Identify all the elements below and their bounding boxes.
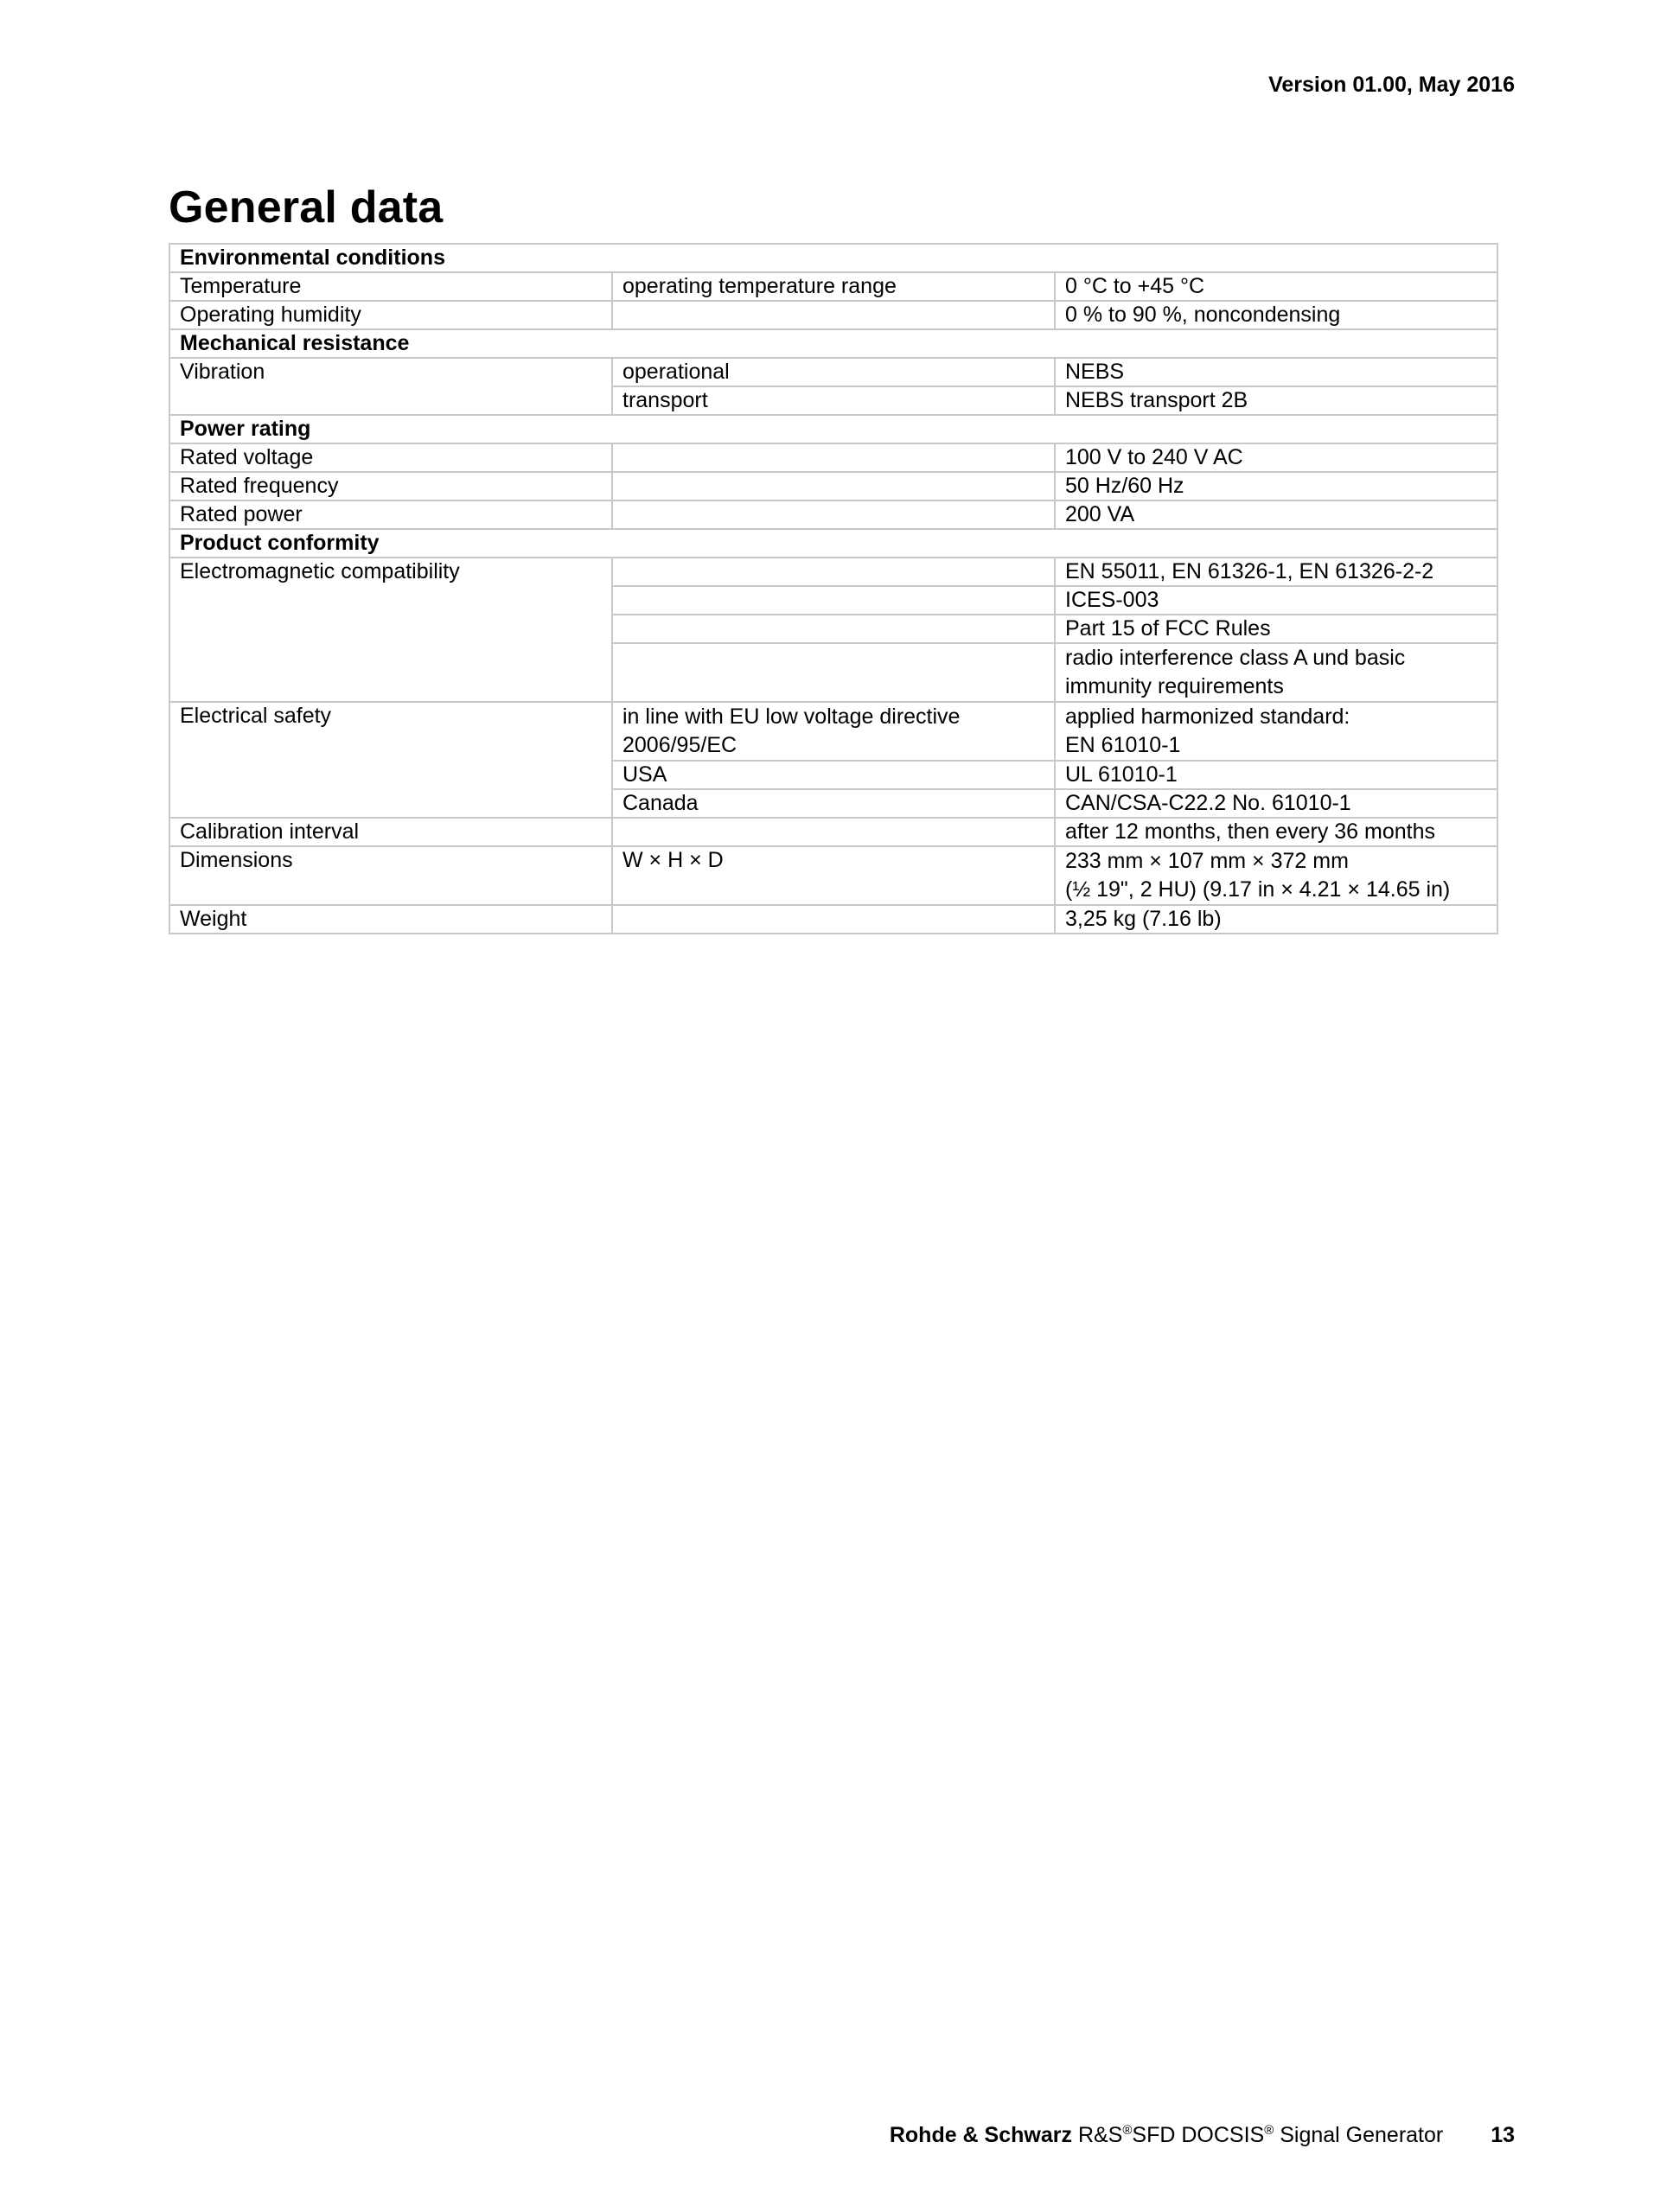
footer-brand: Rohde & Schwarz — [890, 2123, 1072, 2147]
table-row: Dimensions W × H × D 233 mm × 107 mm × 3… — [169, 846, 1497, 905]
spec-condition: transport — [612, 386, 1055, 415]
table-row: Operating humidity 0 % to 90 %, nonconde… — [169, 301, 1497, 329]
section-label: Power rating — [169, 415, 1497, 443]
product-prefix: R&S — [1078, 2123, 1122, 2147]
footer-product: R&S®SFD DOCSIS® Signal Generator — [1078, 2123, 1443, 2147]
spec-name: Dimensions — [169, 846, 612, 905]
spec-value: UL 61010-1 — [1055, 761, 1497, 789]
registered-mark-icon: ® — [1122, 2123, 1132, 2138]
table-row: Electrical safety in line with EU low vo… — [169, 702, 1497, 761]
spec-name: Operating humidity — [169, 301, 612, 329]
table-row: Electromagnetic compatibility EN 55011, … — [169, 558, 1497, 586]
spec-condition: operating temperature range — [612, 272, 1055, 301]
table-row: Weight 3,25 kg (7.16 lb) — [169, 905, 1497, 934]
spec-value-line: immunity requirements — [1065, 673, 1487, 701]
registered-mark-icon: ® — [1264, 2123, 1274, 2138]
section-row-power: Power rating — [169, 415, 1497, 443]
spec-value: applied harmonized standard: EN 61010-1 — [1055, 702, 1497, 761]
table-row: Temperature operating temperature range … — [169, 272, 1497, 301]
spec-name: Electrical safety — [169, 702, 612, 818]
spec-value: 50 Hz/60 Hz — [1055, 472, 1497, 500]
section-row-mechanical: Mechanical resistance — [169, 329, 1497, 358]
table-row: Rated power 200 VA — [169, 500, 1497, 529]
spec-condition — [612, 905, 1055, 934]
page-footer: Rohde & Schwarz R&S®SFD DOCSIS® Signal G… — [890, 2123, 1515, 2148]
spec-name: Calibration interval — [169, 818, 612, 846]
product-suffix: Signal Generator — [1274, 2123, 1443, 2147]
spec-value: 233 mm × 107 mm × 372 mm (½ 19", 2 HU) (… — [1055, 846, 1497, 905]
spec-condition — [612, 500, 1055, 529]
section-label: Environmental conditions — [169, 244, 1497, 272]
product-name: SFD DOCSIS — [1132, 2123, 1264, 2147]
spec-value: 3,25 kg (7.16 lb) — [1055, 905, 1497, 934]
spec-value-line: applied harmonized standard: — [1065, 703, 1487, 731]
spec-condition — [612, 643, 1055, 702]
section-row-environmental: Environmental conditions — [169, 244, 1497, 272]
table-row: Rated voltage 100 V to 240 V AC — [169, 443, 1497, 472]
table-row: Vibration operational NEBS — [169, 358, 1497, 386]
spec-condition — [612, 472, 1055, 500]
spec-value: CAN/CSA-C22.2 No. 61010-1 — [1055, 789, 1497, 818]
section-row-conformity: Product conformity — [169, 529, 1497, 558]
spec-value: NEBS transport 2B — [1055, 386, 1497, 415]
spec-value: after 12 months, then every 36 months — [1055, 818, 1497, 846]
spec-name: Temperature — [169, 272, 612, 301]
general-data-table: Environmental conditions Temperature ope… — [169, 243, 1498, 934]
spec-value-line: 233 mm × 107 mm × 372 mm — [1065, 847, 1487, 876]
spec-condition — [612, 558, 1055, 586]
spec-name: Electromagnetic compatibility — [169, 558, 612, 702]
spec-condition — [612, 615, 1055, 643]
spec-value: 200 VA — [1055, 500, 1497, 529]
spec-condition — [612, 301, 1055, 329]
spec-condition — [612, 443, 1055, 472]
spec-value-line: (½ 19", 2 HU) (9.17 in × 4.21 × 14.65 in… — [1065, 876, 1487, 904]
spec-name: Rated voltage — [169, 443, 612, 472]
spec-condition: in line with EU low voltage directive 20… — [612, 702, 1055, 761]
document-version: Version 01.00, May 2016 — [1268, 73, 1515, 98]
spec-condition: USA — [612, 761, 1055, 789]
spec-name: Weight — [169, 905, 612, 934]
section-label: Mechanical resistance — [169, 329, 1497, 358]
spec-value: EN 55011, EN 61326-1, EN 61326-2-2 — [1055, 558, 1497, 586]
spec-value: Part 15 of FCC Rules — [1055, 615, 1497, 643]
spec-value: ICES-003 — [1055, 586, 1497, 615]
section-label: Product conformity — [169, 529, 1497, 558]
spec-name: Rated power — [169, 500, 612, 529]
spec-condition: W × H × D — [612, 846, 1055, 905]
spec-condition — [612, 818, 1055, 846]
table-row: Calibration interval after 12 months, th… — [169, 818, 1497, 846]
spec-value: 0 °C to +45 °C — [1055, 272, 1497, 301]
spec-name: Rated frequency — [169, 472, 612, 500]
spec-condition: operational — [612, 358, 1055, 386]
spec-value: radio interference class A und basic imm… — [1055, 643, 1497, 702]
spec-value-line: radio interference class A und basic — [1065, 644, 1487, 673]
spec-value-line: EN 61010-1 — [1065, 731, 1487, 760]
spec-condition: Canada — [612, 789, 1055, 818]
spec-value: 0 % to 90 %, noncondensing — [1055, 301, 1497, 329]
spec-value: 100 V to 240 V AC — [1055, 443, 1497, 472]
spec-condition-line: in line with EU low voltage directive — [622, 703, 1044, 731]
spec-name: Vibration — [169, 358, 612, 415]
page-number: 13 — [1491, 2123, 1515, 2147]
page-title: General data — [169, 182, 443, 233]
spec-condition-line: 2006/95/EC — [622, 731, 1044, 760]
spec-value: NEBS — [1055, 358, 1497, 386]
spec-condition — [612, 586, 1055, 615]
table-row: Rated frequency 50 Hz/60 Hz — [169, 472, 1497, 500]
